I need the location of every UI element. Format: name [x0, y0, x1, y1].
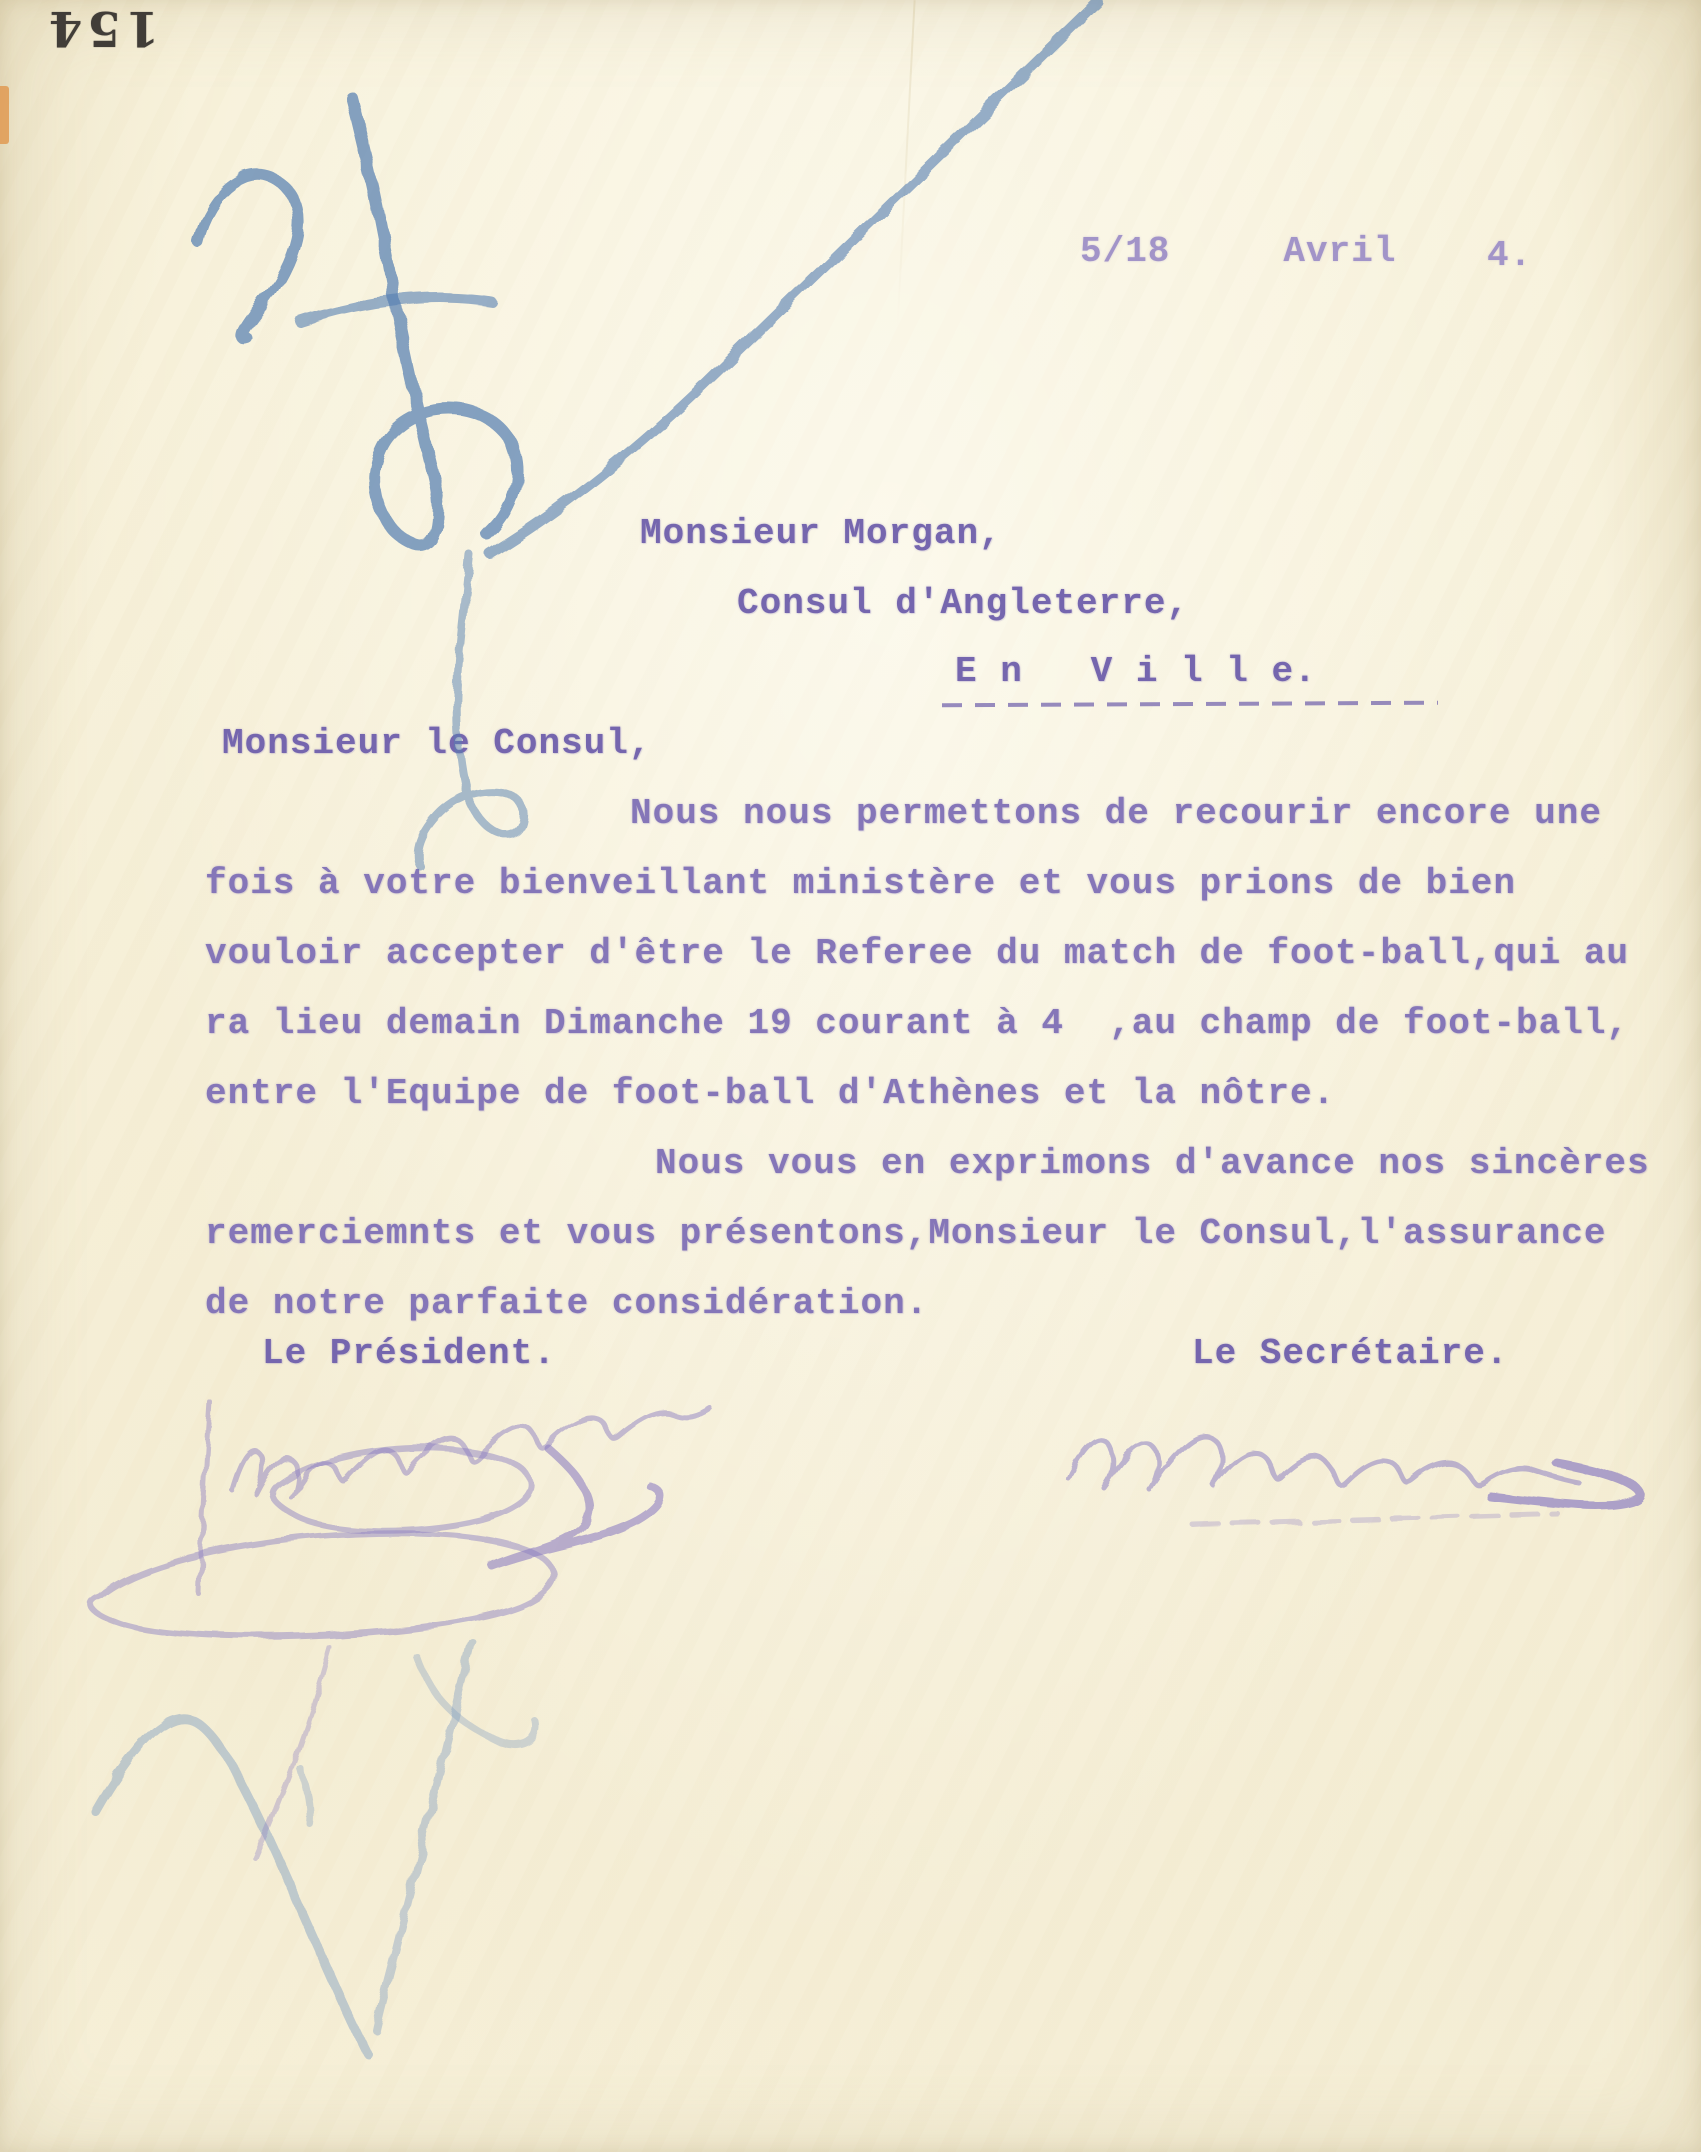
secretary-signature-underline: [1192, 1514, 1558, 1524]
president-signature-loop-lower: [91, 1533, 554, 1637]
president-signature-tail: [255, 1648, 330, 1858]
handwritten-annotations: [0, 0, 1701, 2152]
letter-page: 154 5/18 Avril 4. Monsieur Morgan, Consu…: [0, 0, 1701, 2152]
blue-pencil-scribble-tail: [418, 555, 523, 866]
blue-pencil-bottom-hook: [418, 1658, 537, 1745]
blue-pencil-scribble-wave: [198, 175, 298, 338]
blue-pencil-bottom-diagonal: [376, 1642, 472, 2030]
secretary-signature-text: [1068, 1436, 1578, 1490]
blue-pencil-bottom-dot: [300, 1768, 309, 1822]
blue-pencil-scribble-stem: [352, 98, 518, 546]
president-signature-loop-upper: [273, 1448, 532, 1531]
blue-pencil-bottom-peak: [96, 1719, 366, 2052]
president-signature-descender: [200, 1402, 210, 1595]
blue-pencil-diagonal-stroke: [490, 2, 1098, 554]
